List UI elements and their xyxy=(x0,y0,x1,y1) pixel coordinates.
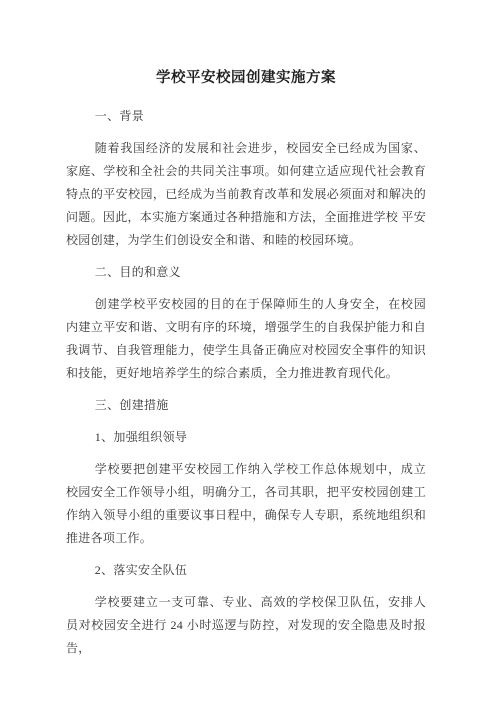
document-title: 学校平安校园创建实施方案 xyxy=(66,67,426,90)
section-heading-measures: 三、创建措施 xyxy=(66,394,426,417)
subheading-security-team: 2、落实安全队伍 xyxy=(66,559,426,582)
paragraph-purpose: 创建学校平安校园的目的在于保障师生的人身安全，在校园内建立平安和谐、文明有序的环… xyxy=(66,293,426,385)
paragraph-security-team: 学校要建立一支可靠、专业、高效的学校保卫队伍，安排人员对校园安全进行 24 小时… xyxy=(66,591,426,660)
paragraph-organization-leadership: 学校要把创建平安校园工作纳入学校工作总体规划中，成立校园安全工作领导小组，明确分… xyxy=(66,458,426,550)
section-heading-background: 一、背景 xyxy=(66,105,426,128)
paragraph-background: 随着我国经济的发展和社会进步，校园安全已经成为国家、家庭、学校和全社会的共同关注… xyxy=(66,137,426,252)
section-heading-purpose: 二、目的和意义 xyxy=(66,261,426,284)
subheading-organization-leadership: 1、加强组织领导 xyxy=(66,426,426,449)
document-page: 学校平安校园创建实施方案 一、背景 随着我国经济的发展和社会进步，校园安全已经成… xyxy=(0,0,500,707)
